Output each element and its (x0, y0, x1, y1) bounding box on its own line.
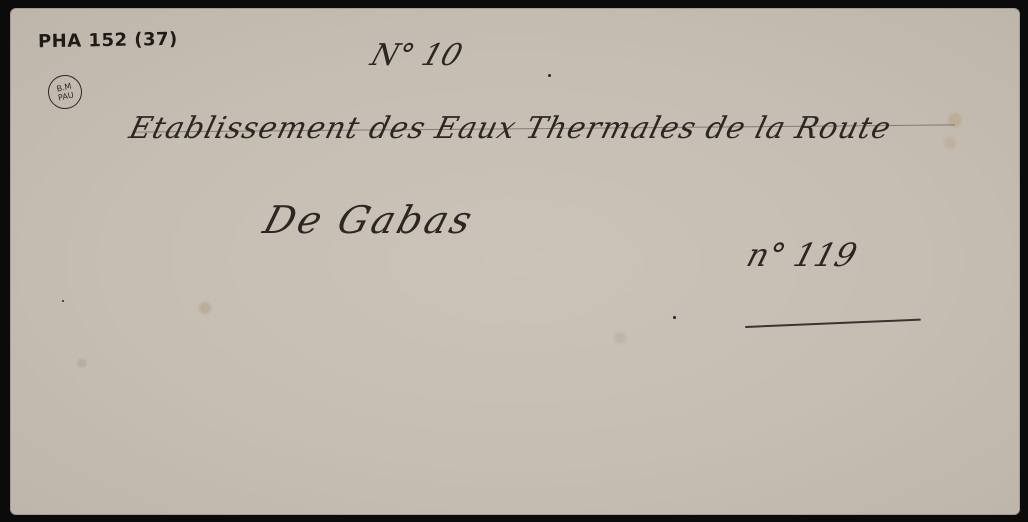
handwritten-line-1: Etablissement des Eaux Thermales de la R… (126, 111, 895, 146)
handwritten-line-2: De Gabas (259, 198, 480, 242)
library-stamp: B.M PAU (45, 72, 85, 112)
number-top: N° 10 (366, 38, 466, 73)
ink-speck (62, 300, 64, 302)
signature-underline (745, 319, 921, 328)
catalog-mark: PHA 152 (37) (38, 29, 178, 52)
document-card: PHA 152 (37) B.M PAU N° 10 Etablissement… (10, 8, 1020, 515)
ink-speck (548, 74, 551, 77)
number-bottom: n° 119 (743, 236, 862, 274)
ink-speck (673, 316, 676, 319)
